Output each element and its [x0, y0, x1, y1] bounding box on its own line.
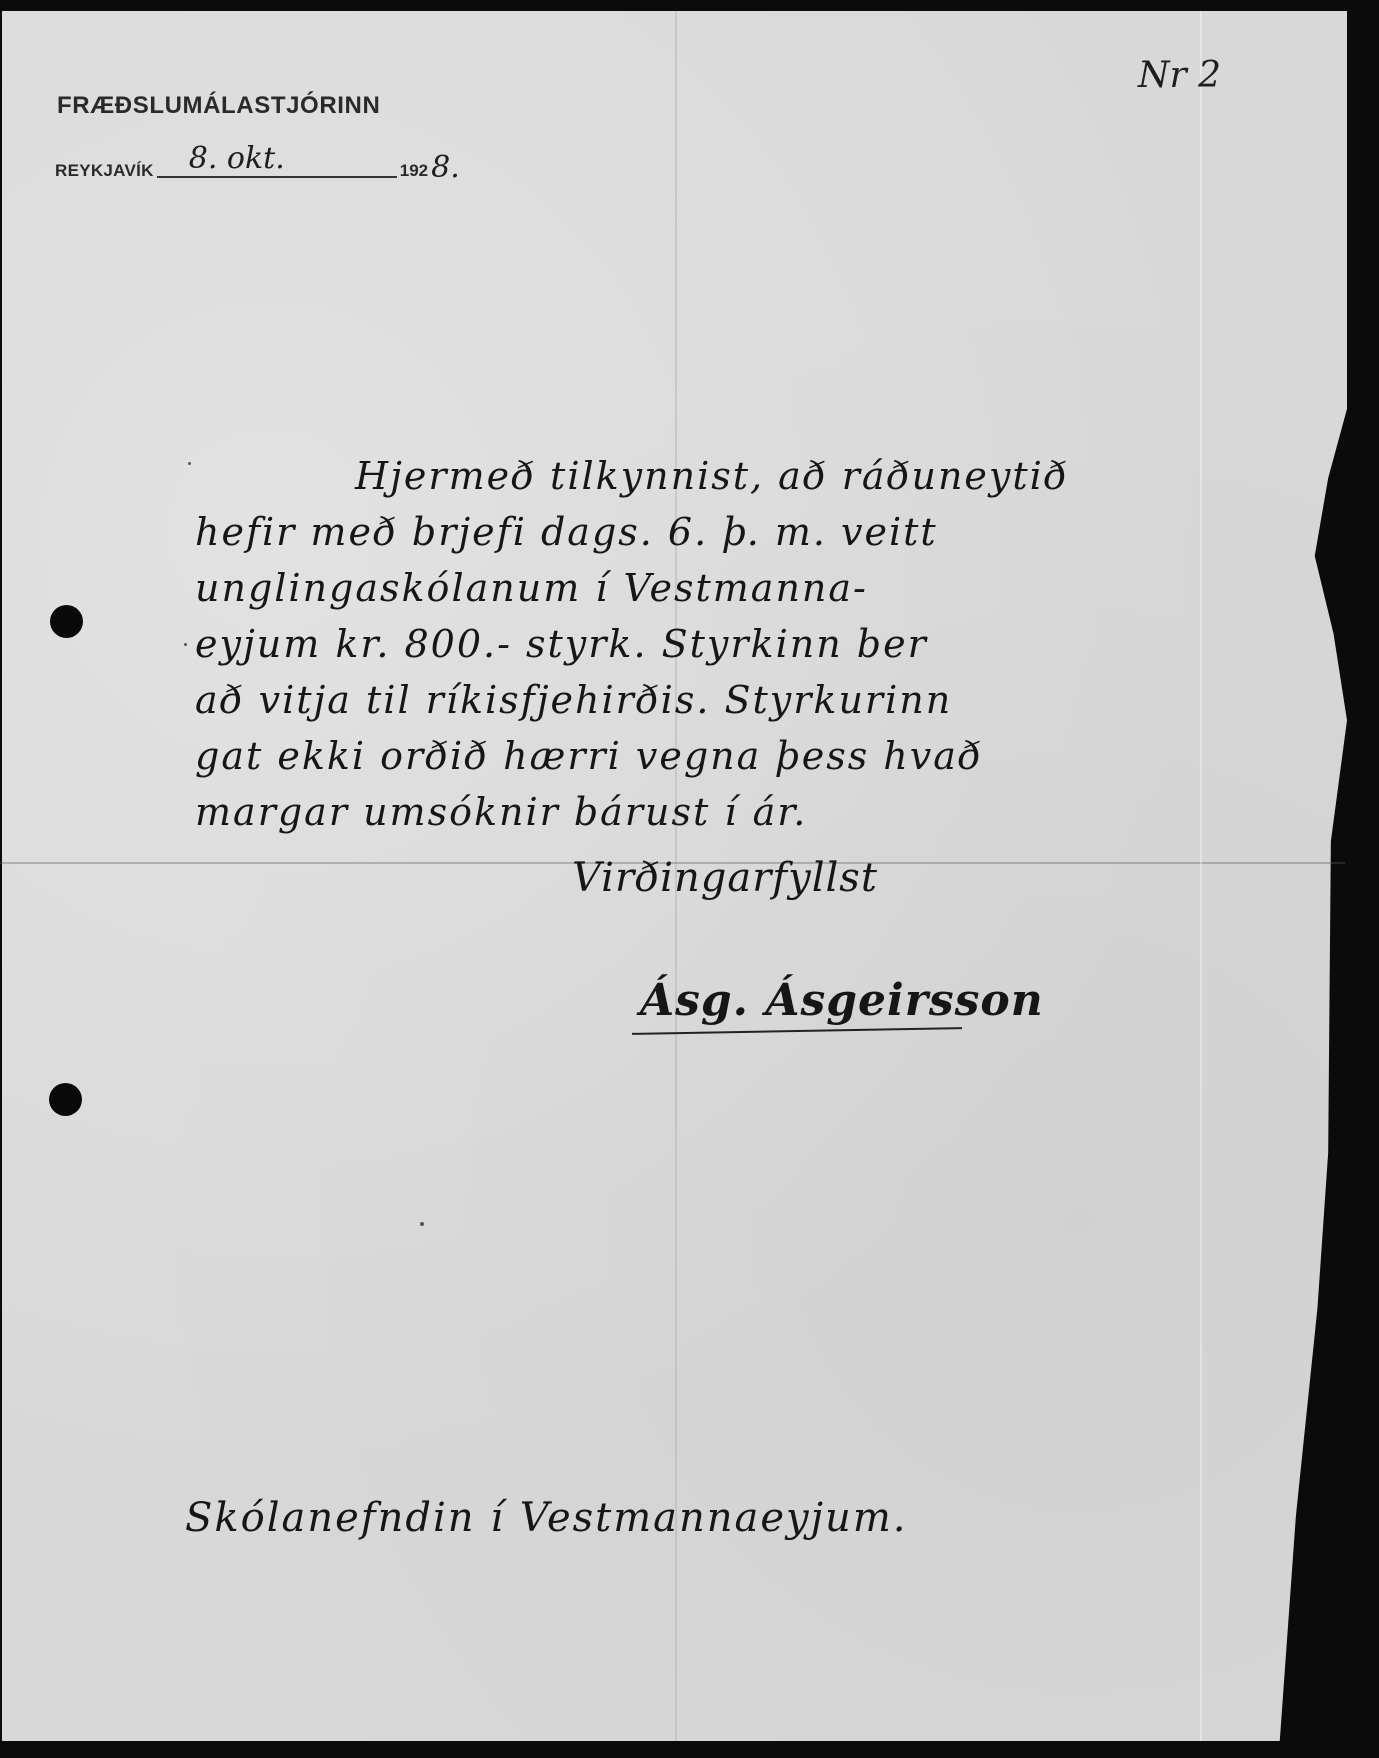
- letterhead-organization: FRÆÐSLUMÁLASTJÓRINN: [57, 92, 380, 120]
- signature: Ásg. Ásgeirsson: [640, 975, 1044, 1026]
- ink-speck: [184, 643, 187, 646]
- place-date-line: REYKJAVÍK 8. okt. 192 8.: [55, 150, 460, 181]
- closing-salutation: Virðingarfyllst: [572, 855, 878, 901]
- body-line: gat ekki orðið hærri vegna þess hvað: [195, 728, 1315, 784]
- body-line: Hjermeð tilkynnist, að ráðuneytið: [195, 448, 1315, 504]
- right-fold-crease: [1200, 11, 1202, 1741]
- body-line: hefir með brjefi dags. 6. þ. m. veitt: [195, 504, 1315, 560]
- body-line: unglingaskólanum í Vestmanna-: [195, 560, 1315, 616]
- punch-hole-bottom: [49, 1083, 82, 1116]
- body-line: eyjum kr. 800.- styrk. Styrkinn ber: [195, 616, 1315, 672]
- year-printed: 192: [400, 161, 428, 181]
- body-line: að vitja til ríkisfjehirðis. Styrkurinn: [195, 672, 1315, 728]
- date-field: 8. okt.: [157, 150, 397, 178]
- year-handwritten: 8.: [431, 155, 460, 181]
- document-number: Nr 2: [1138, 55, 1221, 96]
- letter-body: Hjermeð tilkynnist, að ráðuneytið hefir …: [195, 448, 1315, 840]
- addressee: Skólanefndin í Vestmannaeyjum.: [185, 1495, 907, 1541]
- ink-speck: [420, 1222, 424, 1226]
- handwritten-date: 8. okt.: [189, 141, 285, 176]
- ink-speck: [188, 462, 191, 465]
- body-line: margar umsóknir bárust í ár.: [195, 784, 1315, 840]
- punch-hole-top: [50, 605, 83, 638]
- place-label: REYKJAVÍK: [55, 161, 154, 181]
